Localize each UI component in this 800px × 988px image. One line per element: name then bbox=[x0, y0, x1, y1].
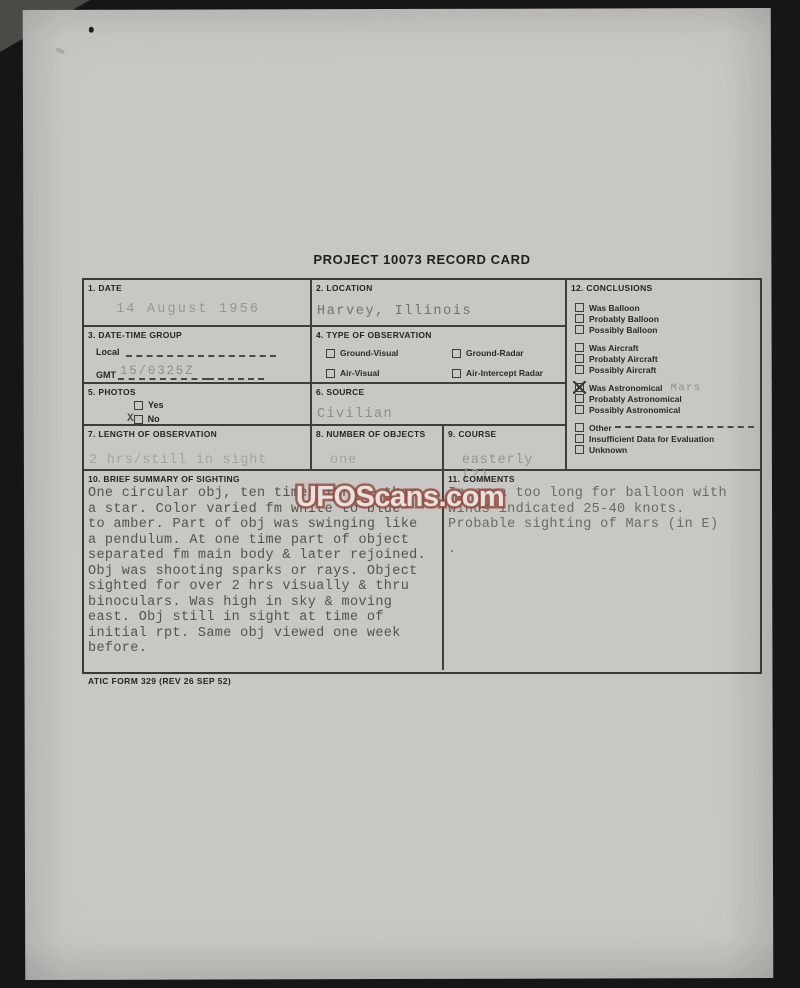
conclusion-label: Probably Astronomical bbox=[589, 394, 682, 404]
observation-option: Air-Visual bbox=[326, 368, 452, 378]
conclusion-label: Possibly Aircraft bbox=[589, 365, 656, 375]
conclusions-balloon-group: Was Balloon Probably Balloon Possibly Ba… bbox=[575, 302, 756, 335]
checkbox-icon bbox=[575, 325, 584, 334]
form-number: ATIC FORM 329 (REV 26 SEP 52) bbox=[88, 676, 231, 686]
conclusion-item: Was Balloon bbox=[575, 302, 756, 313]
summary-line: a pendulum. At one time part of object bbox=[88, 533, 438, 549]
watermark-text: UFOScans.com bbox=[0, 481, 800, 514]
field-location-value: Harvey, Illinois bbox=[317, 304, 561, 319]
conclusion-label: Was Balloon bbox=[589, 303, 640, 313]
record-card: 1. DATE 14 August 1956 2. LOCATION Harve… bbox=[82, 278, 762, 674]
field-course: 9. COURSE easterly (?) bbox=[444, 426, 567, 471]
summary-line: Obj was shooting sparks or rays. Object bbox=[88, 564, 438, 580]
field-date-label: 1. DATE bbox=[88, 283, 306, 293]
conclusion-label: Unknown bbox=[589, 445, 627, 455]
gmt-value: 15/0325Z bbox=[118, 364, 208, 380]
field-dtg-label: 3. DATE-TIME GROUP bbox=[88, 330, 306, 340]
conclusion-typed-note: Mars bbox=[671, 382, 702, 394]
conclusion-item: Probably Astronomical bbox=[575, 393, 756, 404]
conclusion-label: Was Astronomical bbox=[589, 383, 663, 393]
observation-option-label: Ground-Visual bbox=[340, 348, 398, 358]
checkbox-icon bbox=[575, 394, 584, 403]
checkbox-icon bbox=[326, 349, 335, 358]
conclusion-item-checked: Was Astronomical Mars bbox=[575, 382, 756, 393]
checkbox-icon bbox=[134, 415, 143, 424]
field-source-value: Civilian bbox=[317, 407, 561, 422]
field-date: 1. DATE 14 August 1956 bbox=[84, 280, 312, 327]
conclusion-item: Probably Aircraft bbox=[575, 353, 756, 364]
checkbox-icon bbox=[134, 401, 143, 410]
summary-line: to amber. Part of obj was swinging like bbox=[88, 517, 438, 533]
photos-yes-label: Yes bbox=[148, 400, 164, 410]
comments-line: Probable sighting of Mars (in E) bbox=[448, 517, 756, 533]
dtg-local-row: Local bbox=[96, 347, 306, 357]
observation-option: Ground-Radar bbox=[452, 348, 561, 358]
field-type-label: 4. TYPE OF OBSERVATION bbox=[316, 330, 561, 340]
observation-option-label: Ground-Radar bbox=[466, 348, 524, 358]
comments-line: . bbox=[448, 542, 756, 558]
summary-line: separated fm main body & later rejoined. bbox=[88, 548, 438, 564]
observation-option: Ground-Visual bbox=[326, 348, 452, 358]
summary-line: before. bbox=[88, 641, 438, 657]
field-date-value: 14 August 1956 bbox=[116, 302, 306, 317]
conclusions-other-group: Other Insufficient Data for Evaluation U… bbox=[575, 422, 756, 455]
field-length-of-observation: 7. LENGTH OF OBSERVATION 2 hrs/still in … bbox=[84, 426, 312, 471]
conclusion-label: Insufficient Data for Evaluation bbox=[589, 434, 714, 444]
observation-options: Ground-Visual Ground-Radar Air-Visual Ai… bbox=[326, 348, 561, 378]
field-course-label: 9. COURSE bbox=[448, 429, 561, 439]
checkbox-icon bbox=[575, 354, 584, 363]
local-label: Local bbox=[96, 347, 120, 357]
conclusion-label: Probably Balloon bbox=[589, 314, 659, 324]
observation-option: Air-Intercept Radar bbox=[452, 368, 561, 378]
checkbox-icon bbox=[575, 365, 584, 374]
gmt-blank-line bbox=[208, 378, 264, 380]
photos-yes-row: Yes bbox=[134, 400, 306, 410]
conclusion-item: Possibly Astronomical bbox=[575, 404, 756, 415]
photos-no-row: X No bbox=[127, 413, 306, 425]
conclusion-label: Probably Aircraft bbox=[589, 354, 658, 364]
conclusions-aircraft-group: Was Aircraft Probably Aircraft Possibly … bbox=[575, 342, 756, 375]
checkbox-icon bbox=[452, 349, 461, 358]
checkbox-icon bbox=[575, 314, 584, 323]
photos-no-label: No bbox=[148, 414, 160, 424]
typed-x-mark: X bbox=[127, 413, 134, 425]
checkbox-icon bbox=[575, 343, 584, 352]
observation-option-label: Air-Intercept Radar bbox=[466, 368, 543, 378]
conclusion-label: Possibly Astronomical bbox=[589, 405, 680, 415]
checkbox-icon bbox=[575, 405, 584, 414]
summary-line: initial rpt. Same obj viewed one week bbox=[88, 626, 438, 642]
observation-option-label: Air-Visual bbox=[340, 368, 380, 378]
conclusion-item: Insufficient Data for Evaluation bbox=[575, 433, 756, 444]
field-number-value: one bbox=[330, 453, 438, 468]
summary-line: sighted for over 2 hrs visually & thru bbox=[88, 579, 438, 595]
conclusion-item: Possibly Aircraft bbox=[575, 364, 756, 375]
field-location-label: 2. LOCATION bbox=[316, 283, 561, 293]
checkbox-icon bbox=[575, 445, 584, 454]
conclusion-label: Possibly Balloon bbox=[589, 325, 658, 335]
field-source-label: 6. SOURCE bbox=[316, 387, 561, 397]
conclusion-item: Unknown bbox=[575, 444, 756, 455]
field-type-of-observation: 4. TYPE OF OBSERVATION Ground-Visual Gro… bbox=[312, 327, 567, 384]
conclusions-astronomical-group: Was Astronomical Mars Probably Astronomi… bbox=[575, 382, 756, 415]
local-blank-line bbox=[126, 355, 276, 357]
field-date-time-group: 3. DATE-TIME GROUP Local GMT 15/0325Z bbox=[84, 327, 312, 384]
checkbox-icon bbox=[326, 369, 335, 378]
checkbox-icon bbox=[575, 423, 584, 432]
checkbox-icon bbox=[575, 303, 584, 312]
conclusion-item: Other bbox=[575, 422, 756, 433]
field-conclusions: 12. CONCLUSIONS Was Balloon Probably Bal… bbox=[567, 280, 760, 471]
other-blank-line bbox=[615, 426, 754, 428]
field-photos: 5. PHOTOS Yes X No bbox=[84, 384, 312, 426]
conclusion-label: Was Aircraft bbox=[589, 343, 638, 353]
checked-checkbox-icon bbox=[575, 383, 584, 392]
conclusion-item: Was Aircraft bbox=[575, 342, 756, 353]
conclusion-item: Possibly Balloon bbox=[575, 324, 756, 335]
scanned-document-photo: PROJECT 10073 RECORD CARD 1. DATE 14 Aug… bbox=[0, 0, 800, 988]
field-conclusions-label: 12. CONCLUSIONS bbox=[571, 283, 756, 293]
field-number-label: 8. NUMBER OF OBJECTS bbox=[316, 429, 438, 439]
field-location: 2. LOCATION Harvey, Illinois bbox=[312, 280, 567, 327]
conclusion-item: Probably Balloon bbox=[575, 313, 756, 324]
field-photos-label: 5. PHOTOS bbox=[88, 387, 306, 397]
gmt-label: GMT bbox=[96, 370, 116, 380]
page-title: PROJECT 10073 RECORD CARD bbox=[82, 252, 762, 267]
field-length-label: 7. LENGTH OF OBSERVATION bbox=[88, 429, 306, 439]
field-number-of-objects: 8. NUMBER OF OBJECTS one bbox=[312, 426, 444, 471]
summary-line: east. Obj still in sight at time of bbox=[88, 610, 438, 626]
dtg-gmt-row: GMT 15/0325Z bbox=[96, 364, 306, 380]
checkbox-icon bbox=[452, 369, 461, 378]
checkbox-icon bbox=[575, 434, 584, 443]
field-source: 6. SOURCE Civilian bbox=[312, 384, 567, 426]
field-length-value: 2 hrs/still in sight bbox=[89, 453, 306, 468]
conclusion-label: Other bbox=[589, 423, 612, 433]
summary-line: binoculars. Was high in sky & moving bbox=[88, 595, 438, 611]
